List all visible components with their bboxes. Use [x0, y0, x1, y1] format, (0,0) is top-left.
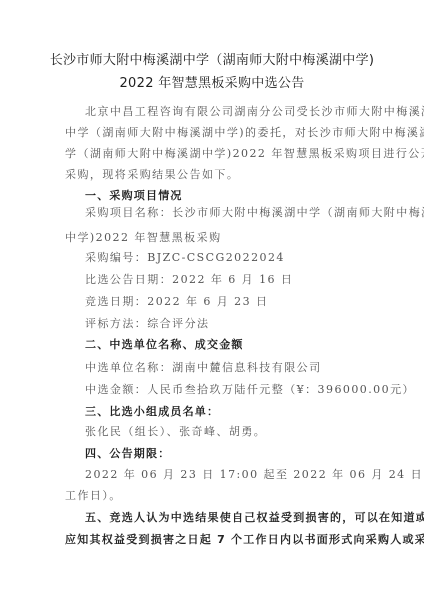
section4-heading: 四、公告期限： [85, 447, 371, 461]
winner-name: 中选单位名称：湖南中麓信息科技有限公司 [85, 361, 371, 375]
committee-members: 张化民（组长）、张奇峰、胡勇。 [85, 425, 371, 439]
section5-line2: 应知其权益受到损害之日起 7 个工作日内以书面形式向采购人或采购 [65, 533, 371, 547]
evaluation-method: 评标方法：综合评分法 [85, 317, 371, 331]
project-number: 采购编号：BJZC-CSCG2022024 [85, 251, 371, 265]
section1-heading: 一、采购项目情况 [85, 189, 371, 203]
document-title-line2: 2022 年智慧黑板采购中选公告 [0, 72, 424, 91]
intro-paragraph-line2: 中学（湖南师大附中梅溪湖中学)的委托，对长沙市师大附中梅溪湖中 [65, 126, 371, 140]
winning-amount: 中选金额：人民币叁拾玖万陆仟元整（¥：396000.00元） [85, 383, 371, 397]
selection-date: 竞选日期：2022 年 6 月 23 日 [85, 295, 371, 309]
announcement-date: 比选公告日期：2022 年 6 月 16 日 [85, 273, 371, 287]
intro-paragraph-line1: 北京中昌工程咨询有限公司湖南分公司受长沙市师大附中梅溪湖 [85, 105, 371, 119]
section2-heading: 二、中选单位名称、成交金额 [85, 338, 371, 352]
section5-line1: 五、竞选人认为中选结果使自己权益受到损害的，可以在知道或者 [85, 511, 371, 525]
project-name-line1: 采购项目名称：长沙市师大附中梅溪湖中学（湖南师大附中梅溪湖 [85, 206, 371, 220]
announcement-period-line1: 2022 年 06 月 23 日 17:00 起至 2022 年 06 月 24… [85, 468, 371, 482]
intro-paragraph-line4: 采购，现将采购结果公告如下。 [65, 168, 371, 182]
announcement-period-line2: 工作日）。 [65, 489, 371, 503]
intro-paragraph-line3: 学（湖南师大附中梅溪湖中学)2022 年智慧黑板采购项目进行公开比选 [65, 147, 371, 161]
section3-heading: 三、比选小组成员名单： [85, 405, 371, 419]
document-page: 长沙市师大附中梅溪湖中学（湖南师大附中梅溪湖中学) 2022 年智慧黑板采购中选… [0, 0, 424, 600]
document-title-line1: 长沙市师大附中梅溪湖中学（湖南师大附中梅溪湖中学) [0, 49, 424, 68]
project-name-line2: 中学)2022 年智慧黑板采购 [65, 231, 371, 245]
